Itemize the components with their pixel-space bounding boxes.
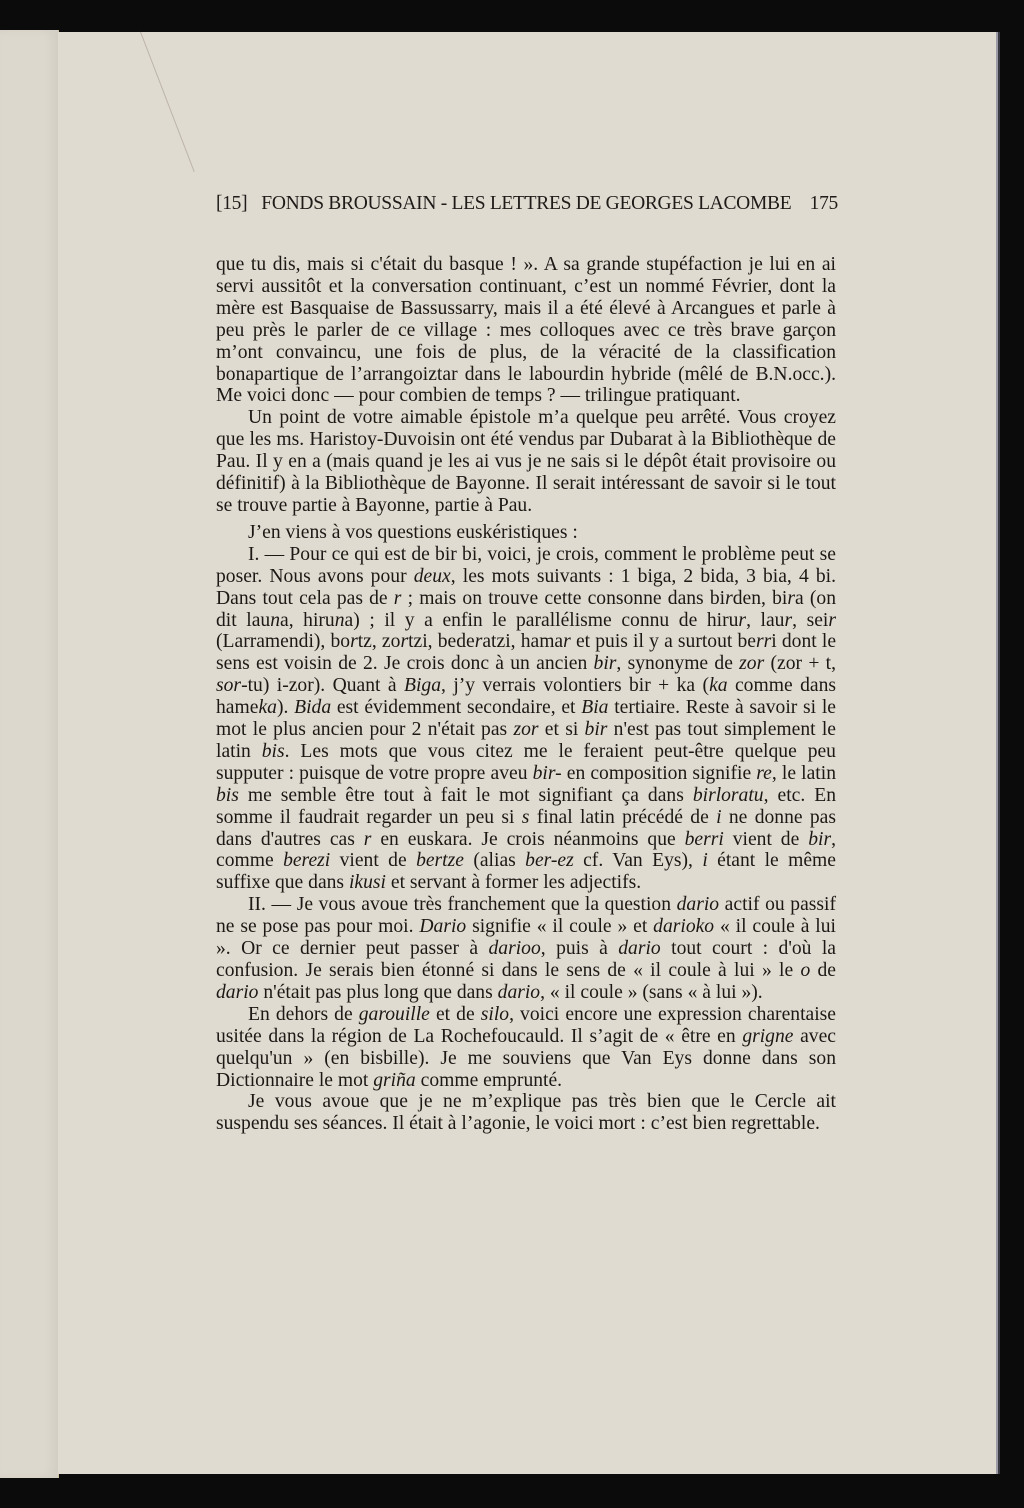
italic-term: r (400, 631, 408, 652)
text-run: (alias (464, 850, 525, 871)
italic-term: o (800, 960, 810, 981)
italic-term: dario (498, 982, 540, 1003)
text-run: II. — Je vous avoue très franchement que… (248, 894, 677, 915)
italic-term: dario (216, 982, 258, 1003)
paragraph: que tu dis, mais si c'était du basque ! … (216, 254, 836, 407)
italic-term: dario (677, 894, 719, 915)
running-title: FONDS BROUSSAIN - LES LETTRES DE GEORGES… (247, 193, 809, 215)
italic-term: bir (594, 653, 617, 674)
italic-term: r (787, 588, 795, 609)
text-run: et si (539, 719, 585, 740)
italic-term: r (738, 610, 746, 631)
text-run: est évidemment secondaire, et (331, 697, 581, 718)
italic-term: r (828, 610, 836, 631)
text-run: -tu) i-zor). Quant à (241, 675, 404, 696)
section-number: [15] (216, 193, 247, 215)
text-run: a) ; il y a enfin le parallé­lisme connu… (345, 610, 739, 631)
italic-term: Bia (581, 697, 608, 718)
italic-term: n (270, 610, 280, 631)
italic-term: darioo (489, 938, 541, 959)
text-run: en euskara. Je crois néan­moins que (371, 829, 684, 850)
italic-term: berezi (283, 850, 330, 871)
text-run: , j’y verrais volontiers bir + ka ( (441, 675, 709, 696)
text-run: n'était pas plus long que dans (258, 982, 497, 1003)
paragraph: Un point de votre aimable épistole m’a q… (216, 407, 836, 517)
italic-term: bir (808, 829, 831, 850)
text-run: , « il coule » (sans « à lui »). (540, 982, 763, 1003)
previous-page-edge (0, 30, 59, 1478)
italic-term: bir (585, 719, 608, 740)
italic-term: r (784, 610, 792, 631)
text-run: que tu dis, mais si c'était du basque ! … (216, 254, 836, 406)
text-run: ). (277, 697, 294, 718)
text-run: vient de (330, 850, 416, 871)
italic-term: berri (685, 829, 724, 850)
text-run: , le latin (772, 763, 836, 784)
text-run: me semble être tout à fait le mot signif… (239, 785, 693, 806)
text-run: den, bi (733, 588, 788, 609)
italic-term: ka (258, 697, 277, 718)
paragraph: J’en viens à vos questions euskéristique… (216, 522, 836, 544)
text-run: , lau (746, 610, 784, 631)
italic-term: silo (481, 1004, 509, 1025)
italic-term: ber-ez (525, 850, 574, 871)
italic-term: bir­loratu (693, 785, 764, 806)
text-run: final latin pré­cédé de (529, 807, 716, 828)
paragraph: II. — Je vous avoue très franchement que… (216, 894, 836, 1004)
text-run: de (810, 960, 836, 981)
text-run: signifie « il coule » et (466, 916, 653, 937)
text-run: (Larramendi), bo (216, 631, 350, 652)
text-run: (zor + t, (764, 653, 836, 674)
text-run: et puis il y a surtout be (571, 631, 756, 652)
text-run: atzi, hama (482, 631, 563, 652)
text-run: et de (430, 1004, 481, 1025)
text-run: tz, zo (358, 631, 401, 652)
text-run: ; mais on trouve cette con­sonne dans bi (401, 588, 725, 609)
text-run: , synonyme de (616, 653, 739, 674)
italic-term: ikusi (349, 872, 386, 893)
text-run: vient de (724, 829, 808, 850)
text-run: a, hiru (280, 610, 335, 631)
italic-term: bir- (533, 763, 562, 784)
italic-term: n (335, 610, 345, 631)
italic-term: bis (216, 785, 239, 806)
italic-term: sor (216, 675, 241, 696)
italic-term: r (350, 631, 358, 652)
italic-term: r (725, 588, 733, 609)
text-run: comme emprunté. (416, 1070, 562, 1091)
italic-term: rr (756, 631, 771, 652)
text-run: J’en viens à vos questions euskéristique… (248, 522, 578, 543)
italic-term: grigne (742, 1026, 793, 1047)
book-page: [15] FONDS BROUSSAIN - LES LETTRES DE GE… (58, 32, 996, 1474)
italic-term: zor (513, 719, 538, 740)
italic-term: griña (373, 1070, 415, 1091)
italic-term: re (756, 763, 772, 784)
text-run: et servant à for­mer les adjectifs. (386, 872, 641, 893)
paragraph: En dehors de garouille et de silo, voici… (216, 1004, 836, 1092)
italic-term: garouille (359, 1004, 430, 1025)
text-run: tzi, bede (408, 631, 475, 652)
italic-term: darioko (653, 916, 714, 937)
italic-term: ka (709, 675, 728, 696)
text-run: En dehors de (248, 1004, 359, 1025)
paper-crease (140, 32, 195, 172)
text-run: Un point de votre aimable épistole m’a q… (216, 407, 836, 516)
italic-term: r (563, 631, 571, 652)
italic-term: zor (739, 653, 764, 674)
italic-term: Biga (404, 675, 441, 696)
paragraph: Je vous avoue que je ne m’explique pas t… (216, 1091, 836, 1135)
italic-term: bis (262, 741, 285, 762)
italic-term: bertze (416, 850, 464, 871)
italic-term: Bida (294, 697, 331, 718)
text-run: , puis à (541, 938, 618, 959)
page-number: 175 (810, 193, 838, 215)
paragraph: I. — Pour ce qui est de bir bi, voici, j… (216, 544, 836, 895)
running-head: [15] FONDS BROUSSAIN - LES LETTRES DE GE… (216, 193, 838, 215)
text-run: cf. Van Eys), (574, 850, 703, 871)
italic-term: deux (414, 566, 451, 587)
text-run: Je vous avoue que je ne m’explique pas t… (216, 1091, 836, 1134)
body-text: que tu dis, mais si c'était du basque ! … (216, 254, 836, 1135)
italic-term: Dario (419, 916, 466, 937)
italic-term: dario (618, 938, 660, 959)
text-run: en composition signifie (562, 763, 757, 784)
text-run: , sei (792, 610, 828, 631)
